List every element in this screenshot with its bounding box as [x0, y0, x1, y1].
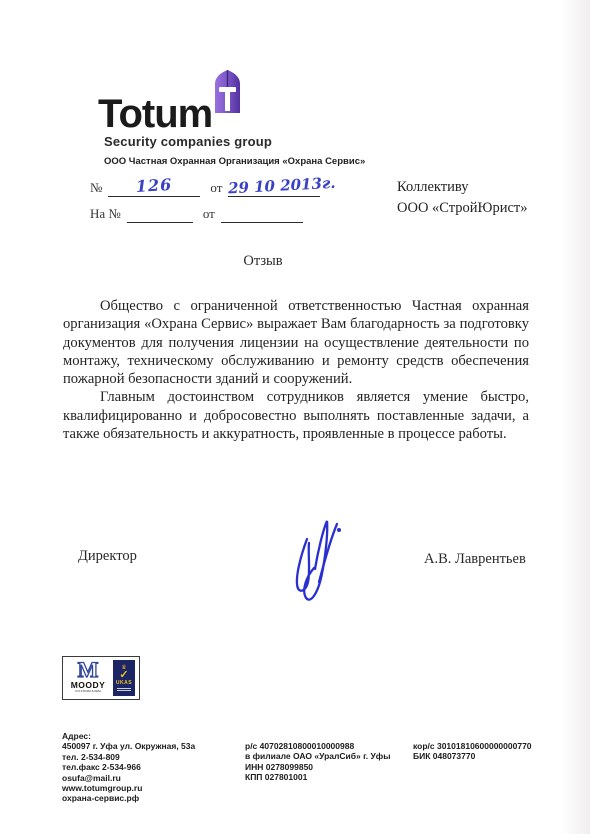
- company-name-line: ООО Частная Охранная Организация «Охрана…: [104, 156, 365, 167]
- corr-account-line: кор/с 30101810600000000770: [413, 741, 532, 751]
- inn-line: ИНН 0278099850: [245, 762, 391, 772]
- reference-block: №126от29 10 2013г. На №от: [90, 178, 320, 230]
- doc-date-value: 29 10 2013г.: [228, 175, 321, 198]
- reply-date-field: [221, 204, 303, 223]
- reply-number-field: [127, 204, 193, 223]
- moody-monogram-icon: M: [65, 660, 111, 680]
- signer-name: А.В. Лаврентьев: [424, 551, 526, 568]
- bank-account-line: р/с 40702810800010000988: [245, 741, 391, 751]
- doc-number-field: 126: [108, 178, 200, 197]
- letter-body: Общество с ограниченной ответственностью…: [63, 297, 529, 443]
- recipient-block: Коллективу ООО «СтройЮрист»: [397, 177, 527, 219]
- doc-date-label: от: [210, 179, 222, 197]
- badge-text-bar: [117, 690, 131, 691]
- doc-number-row: №126от29 10 2013г.: [90, 178, 320, 204]
- doc-number-label: №: [90, 179, 102, 197]
- ukas-label: UKAS: [116, 681, 132, 686]
- recipient-line1: Коллективу: [397, 177, 527, 198]
- bik-line: БИК 048073770: [413, 751, 532, 761]
- badge-text-bar: [117, 688, 131, 689]
- paragraph-1: Общество с ограниченной ответственностью…: [63, 297, 529, 388]
- footer-corr-column: кор/с 30101810600000000770 БИК 048073770: [413, 731, 532, 762]
- email-line: osufa@mail.ru: [62, 773, 195, 783]
- paragraph-2: Главным достоинством сотрудников являетс…: [63, 388, 529, 443]
- reply-number-label: На №: [90, 205, 121, 223]
- kpp-line: КПП 027801001: [245, 772, 391, 782]
- fax-line: тел.факс 2-534-966: [62, 762, 195, 772]
- reply-date-label: от: [203, 205, 215, 223]
- bank-branch-line: в филиале ОАО «УралСиб» г. Уфы: [245, 751, 391, 761]
- scanned-letter-page: Totum Security companies group ООО Частн…: [0, 0, 590, 834]
- footer-bank-column: р/с 40702810800010000988 в филиале ОАО «…: [245, 731, 391, 783]
- address-label: Адрес:: [62, 731, 195, 741]
- website-line-2: охрана-сервис.рф: [62, 793, 195, 803]
- ukas-badge: ♛ ✓ UKAS: [113, 660, 135, 696]
- doc-date-field: 29 10 2013г.: [228, 178, 320, 197]
- phone-line: тел. 2-534-809: [62, 752, 195, 762]
- reply-number-row: На №от: [90, 204, 320, 230]
- totum-helmet-icon: [215, 70, 240, 118]
- footer-address-column: Адрес: 450097 г. Уфа ул. Окружная, 53а т…: [62, 731, 195, 804]
- moody-subtitle: INTERNATIONAL: [65, 690, 111, 693]
- moody-left-panel: M MOODY INTERNATIONAL: [65, 660, 111, 696]
- signature-ink-icon: [286, 497, 350, 610]
- signer-role: Директор: [78, 548, 137, 565]
- moody-certification-logo: M MOODY INTERNATIONAL ♛ ✓ UKAS: [62, 656, 140, 700]
- brand-wordmark: Totum: [98, 92, 212, 137]
- doc-number-value: 126: [108, 174, 201, 198]
- moody-name: MOODY: [65, 681, 111, 690]
- address-line: 450097 г. Уфа ул. Окружная, 53а: [62, 741, 195, 751]
- website-line: www.totumgroup.ru: [62, 783, 195, 793]
- recipient-line2: ООО «СтройЮрист»: [397, 198, 527, 219]
- brand-tagline: Security companies group: [104, 134, 272, 149]
- document-title: Отзыв: [63, 253, 463, 270]
